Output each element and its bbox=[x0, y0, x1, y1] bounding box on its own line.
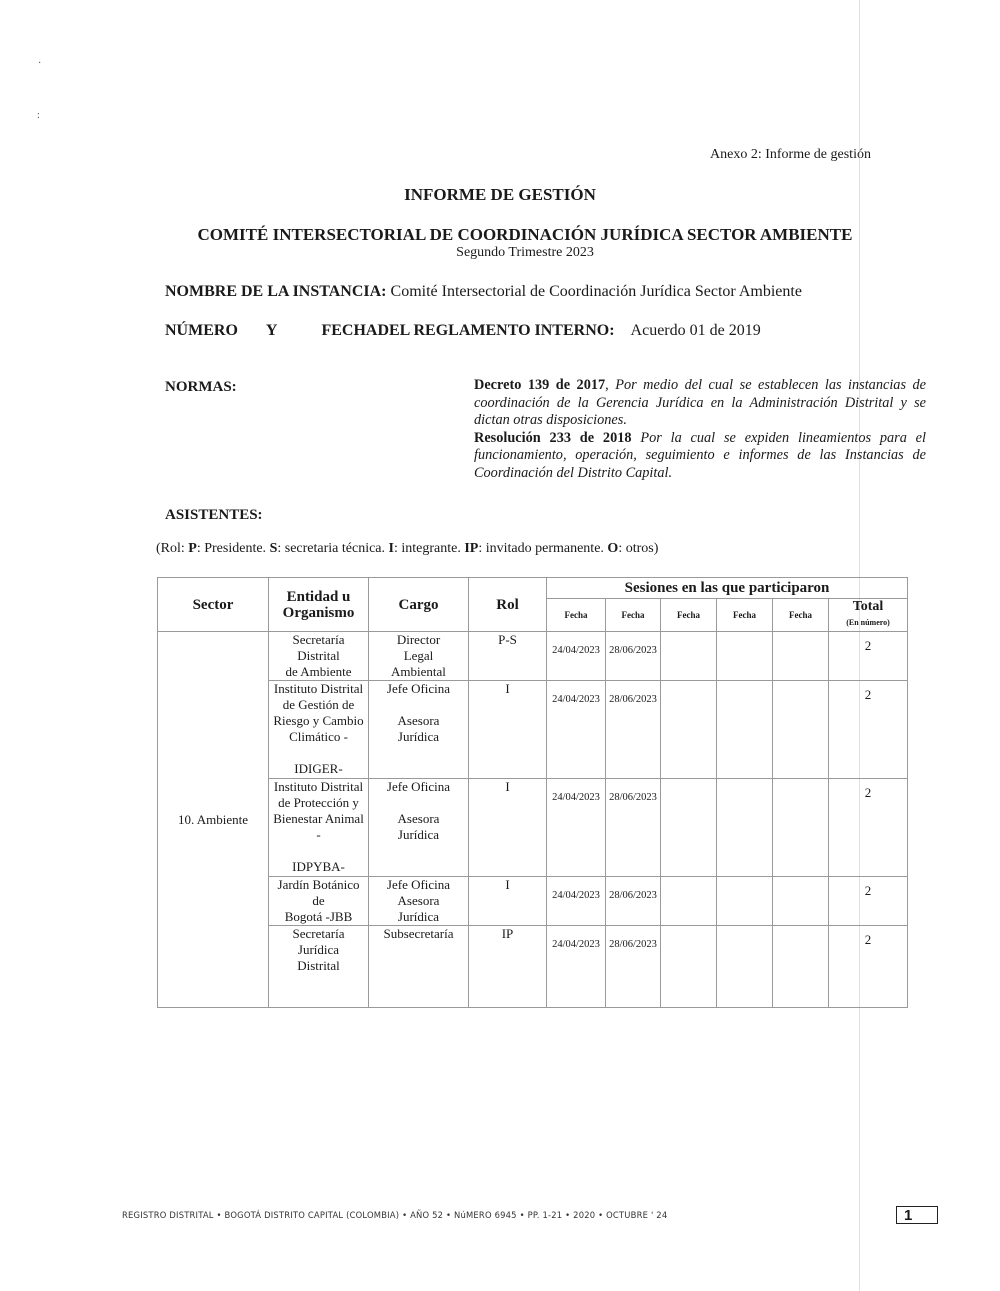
page-title: INFORME DE GESTIÓN bbox=[0, 185, 1000, 205]
reglamento-field: NÚMEROYFECHADEL REGLAMENTO INTERNO:Acuer… bbox=[165, 322, 761, 340]
norma-item: Decreto 139 de 2017, Por medio del cual … bbox=[474, 377, 926, 430]
fecha-cell: 24/04/2023 bbox=[547, 926, 606, 1008]
fecha-cell: 28/06/2023 bbox=[606, 877, 661, 926]
fecha-cell bbox=[717, 926, 773, 1008]
numero-y-label: Y bbox=[266, 322, 278, 339]
fecha-cell bbox=[717, 779, 773, 877]
rol-cell: P-S bbox=[469, 632, 547, 681]
entidad-cell: SecretaríaDistritalde Ambiente bbox=[269, 632, 369, 681]
sector-cell: 10. Ambiente bbox=[158, 632, 269, 1008]
header-sector: Sector bbox=[158, 578, 269, 632]
rol-cell: I bbox=[469, 877, 547, 926]
committee-name: COMITÉ INTERSECTORIAL DE COORDINACIÓN JU… bbox=[165, 225, 885, 245]
scan-mark: · bbox=[38, 58, 41, 69]
table-row: 10. AmbienteSecretaríaDistritalde Ambien… bbox=[158, 632, 908, 681]
fecha-cell bbox=[773, 632, 829, 681]
total-cell: 2 bbox=[829, 779, 908, 877]
fecha-cell: 24/04/2023 bbox=[547, 877, 606, 926]
cargo-cell: Jefe Oficina AsesoraJurídica bbox=[369, 681, 469, 779]
norma-ref: Decreto 139 de 2017 bbox=[474, 377, 605, 393]
instancia-value: Comité Intersectorial de Coordinación Ju… bbox=[391, 283, 802, 300]
header-fecha: Fecha bbox=[773, 599, 829, 632]
reglamento-value: Acuerdo 01 de 2019 bbox=[631, 322, 761, 339]
normas-label: NORMAS: bbox=[165, 379, 237, 396]
norma-ref: Resolución 233 de 2018 bbox=[474, 430, 632, 446]
header-rol: Rol bbox=[469, 578, 547, 632]
table-row: SecretaríaJurídicaDistritalSubsecretaría… bbox=[158, 926, 908, 1008]
fecha-cell bbox=[773, 681, 829, 779]
fecha-cell: 24/04/2023 bbox=[547, 632, 606, 681]
cargo-cell: Jefe Oficina AsesoraJurídica bbox=[369, 779, 469, 877]
entidad-cell: Instituto Distritalde Protección yBienes… bbox=[269, 779, 369, 877]
asistentes-label: ASISTENTES: bbox=[165, 507, 263, 524]
rol-cell: I bbox=[469, 681, 547, 779]
fecha-cell bbox=[661, 779, 717, 877]
entidad-cell: Jardín BotánicodeBogotá -JBB bbox=[269, 877, 369, 926]
fecha-cell bbox=[773, 926, 829, 1008]
cargo-cell: Subsecretaría bbox=[369, 926, 469, 1008]
fecha-cell: 24/04/2023 bbox=[547, 681, 606, 779]
fecha-cell bbox=[661, 632, 717, 681]
total-cell: 2 bbox=[829, 877, 908, 926]
entidad-cell: Instituto Distritalde Gestión deRiesgo y… bbox=[269, 681, 369, 779]
instancia-label: NOMBRE DE LA INSTANCIA: bbox=[165, 283, 387, 300]
instancia-field: NOMBRE DE LA INSTANCIA: Comité Intersect… bbox=[165, 283, 802, 301]
attendance-body: 10. AmbienteSecretaríaDistritalde Ambien… bbox=[158, 632, 908, 1008]
footer-text: REGISTRO DISTRITAL • BOGOTÁ DISTRITO CAP… bbox=[122, 1210, 667, 1220]
scan-mark: : bbox=[37, 110, 40, 121]
fecha-cell: 28/06/2023 bbox=[606, 779, 661, 877]
fecha-cell bbox=[661, 681, 717, 779]
rol-cell: I bbox=[469, 779, 547, 877]
page-number: 1 bbox=[896, 1206, 938, 1224]
reglamento-label: FECHADEL REGLAMENTO INTERNO: bbox=[321, 322, 614, 339]
fecha-cell bbox=[717, 681, 773, 779]
norma-item: Resolución 233 de 2018 Por la cual se ex… bbox=[474, 430, 926, 483]
fecha-cell bbox=[773, 779, 829, 877]
total-cell: 2 bbox=[829, 926, 908, 1008]
rol-cell: IP bbox=[469, 926, 547, 1008]
cargo-cell: DirectorLegalAmbiental bbox=[369, 632, 469, 681]
fecha-cell: 24/04/2023 bbox=[547, 779, 606, 877]
header-sesiones: Sesiones en las que participaron bbox=[547, 578, 908, 599]
total-cell: 2 bbox=[829, 681, 908, 779]
table-row: Jardín BotánicodeBogotá -JBBJefe Oficina… bbox=[158, 877, 908, 926]
fecha-cell bbox=[661, 926, 717, 1008]
fecha-cell bbox=[773, 877, 829, 926]
fecha-cell bbox=[717, 877, 773, 926]
header-fecha: Fecha bbox=[606, 599, 661, 632]
annex-label: Anexo 2: Informe de gestión bbox=[710, 147, 871, 163]
fecha-cell: 28/06/2023 bbox=[606, 926, 661, 1008]
fecha-cell bbox=[717, 632, 773, 681]
attendance-table: Sector Entidad u Organismo Cargo Rol Ses… bbox=[157, 577, 908, 1008]
fecha-cell: 28/06/2023 bbox=[606, 681, 661, 779]
header-fecha: Fecha bbox=[661, 599, 717, 632]
header-fecha: Fecha bbox=[717, 599, 773, 632]
header-fecha: Fecha bbox=[547, 599, 606, 632]
cargo-cell: Jefe OficinaAsesoraJurídica bbox=[369, 877, 469, 926]
fecha-cell bbox=[661, 877, 717, 926]
total-cell: 2 bbox=[829, 632, 908, 681]
header-cargo: Cargo bbox=[369, 578, 469, 632]
normas-text: Decreto 139 de 2017, Por medio del cual … bbox=[474, 377, 926, 482]
fecha-cell: 28/06/2023 bbox=[606, 632, 661, 681]
header-entidad: Entidad u Organismo bbox=[269, 578, 369, 632]
header-total: Total(En número) bbox=[829, 599, 908, 632]
table-row: Instituto Distritalde Protección yBienes… bbox=[158, 779, 908, 877]
numero-label: NÚMERO bbox=[165, 322, 238, 339]
entidad-cell: SecretaríaJurídicaDistrital bbox=[269, 926, 369, 1008]
period: Segundo Trimestre 2023 bbox=[165, 245, 885, 261]
rol-legend: (Rol: P: Presidente. S: secretaria técni… bbox=[156, 541, 658, 557]
table-row: Instituto Distritalde Gestión deRiesgo y… bbox=[158, 681, 908, 779]
